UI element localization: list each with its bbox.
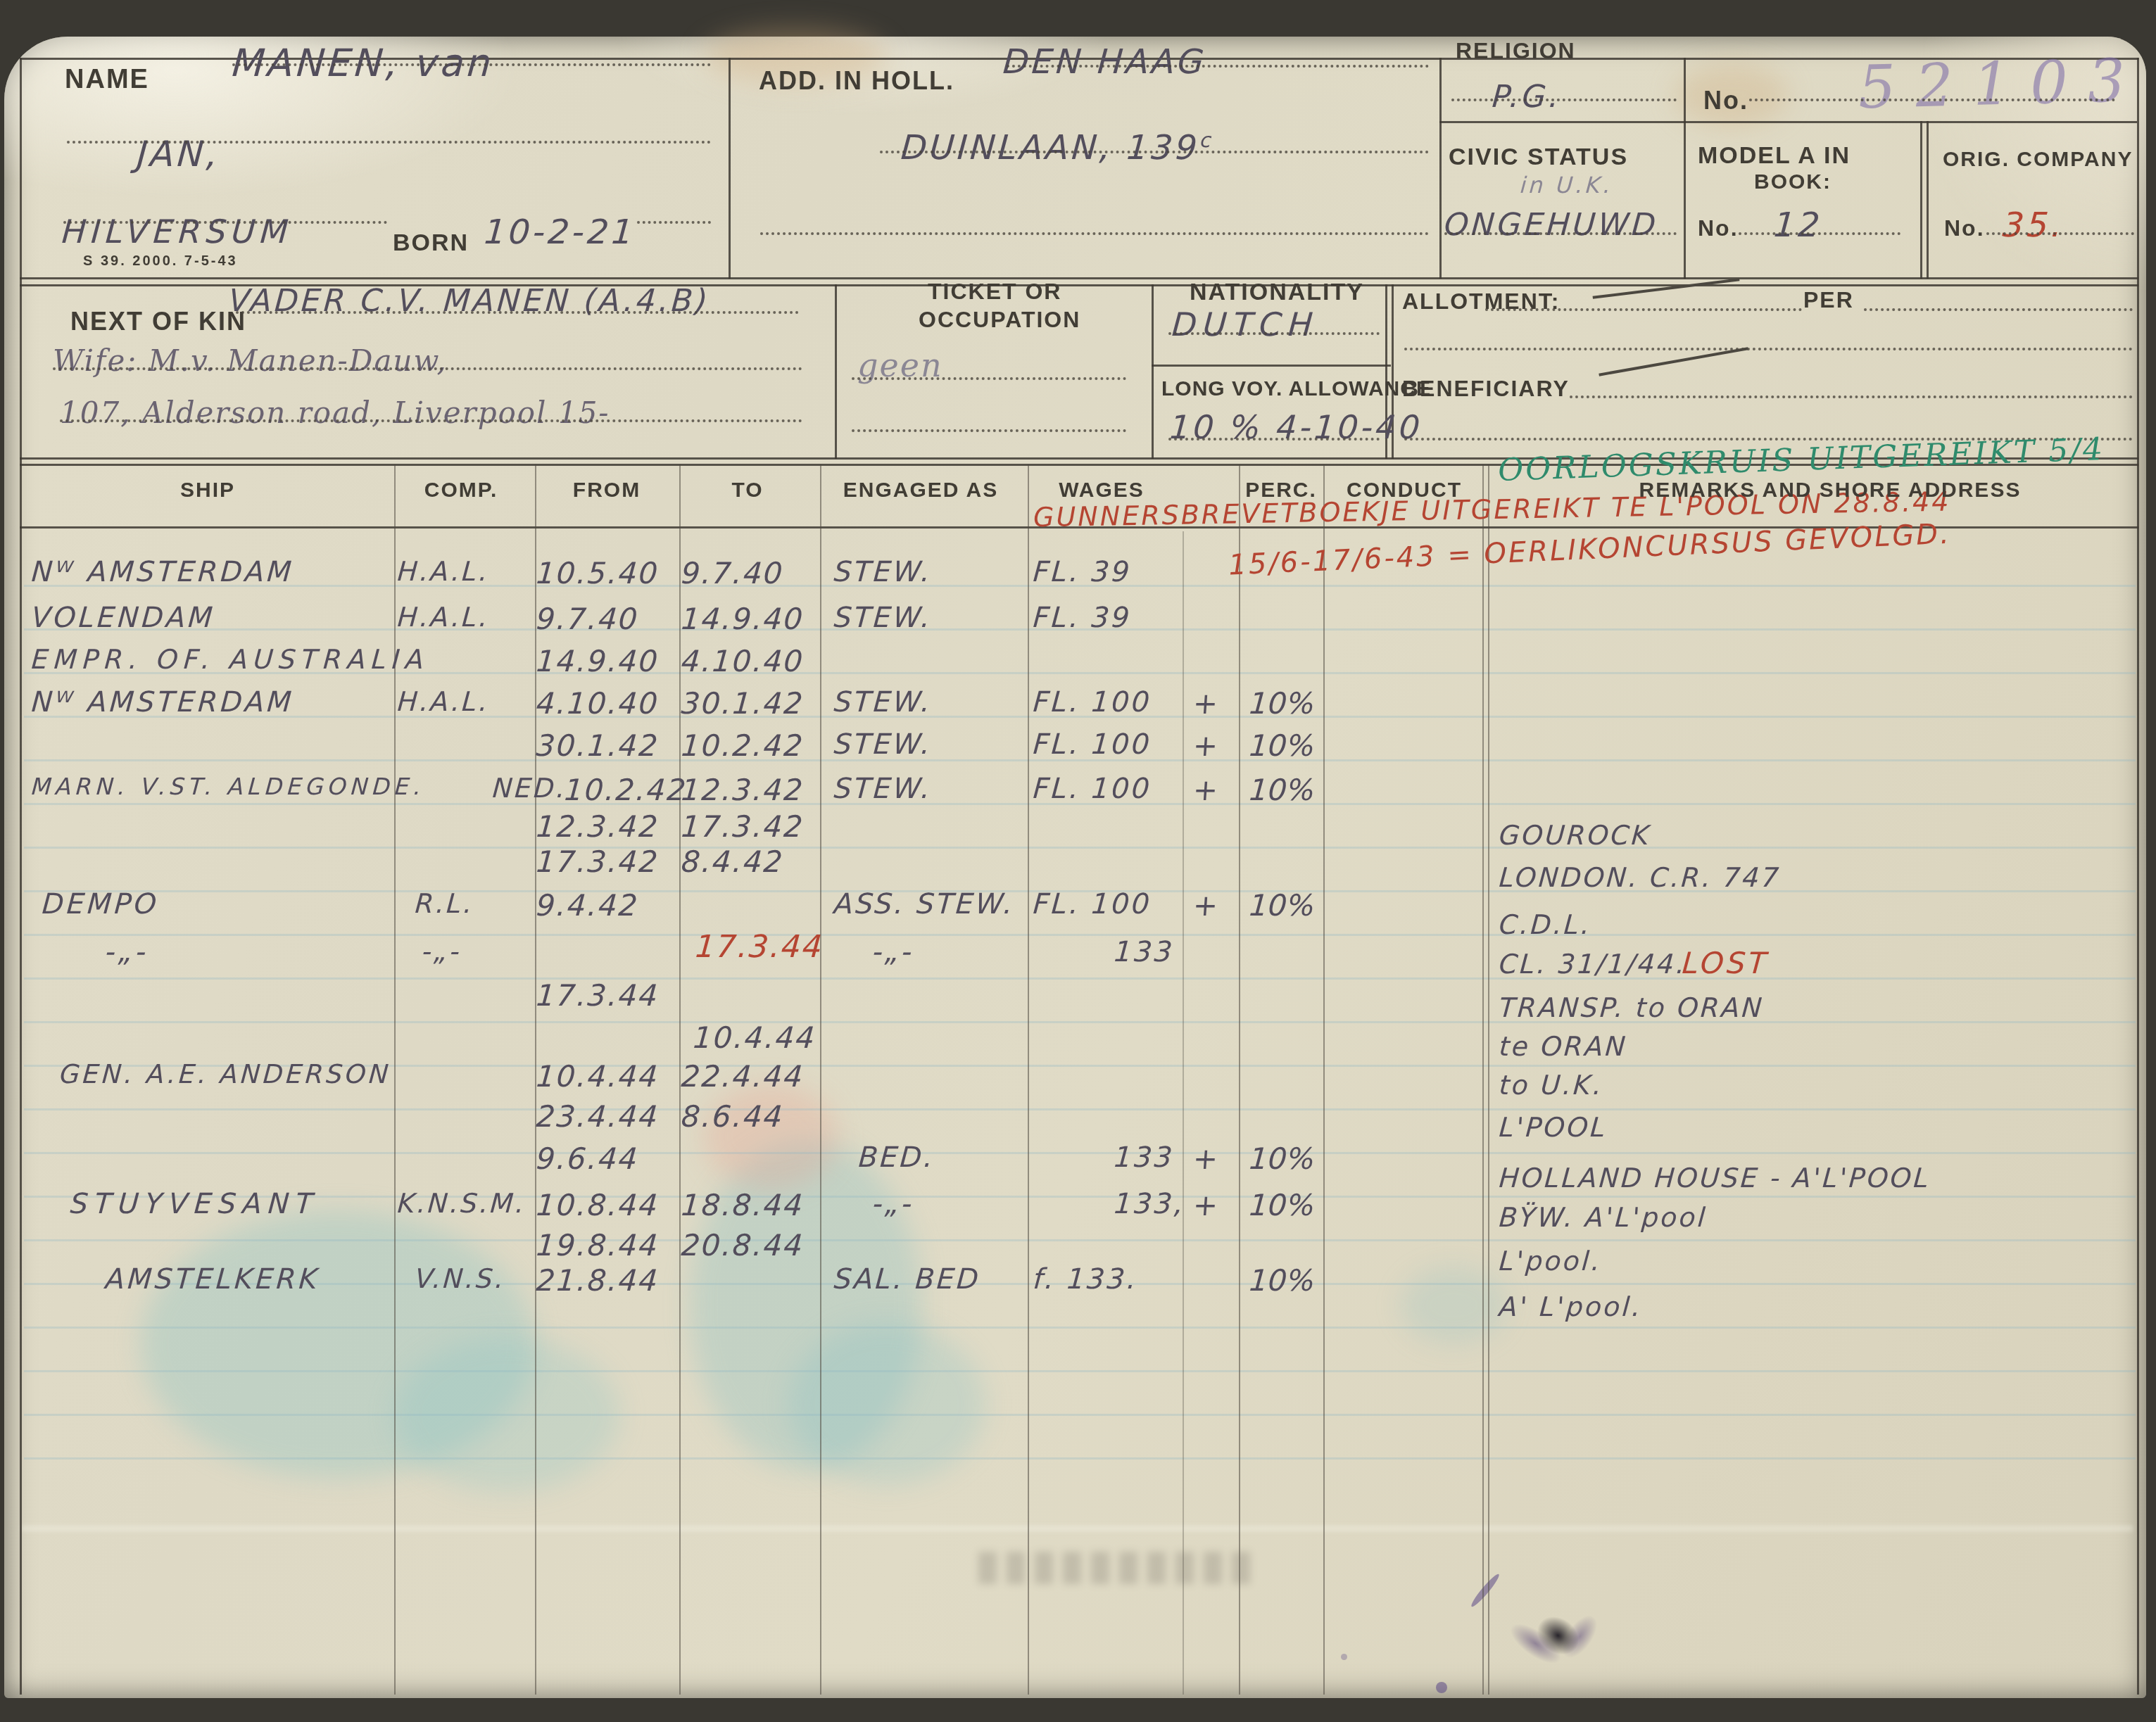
dotted-line <box>880 151 1429 153</box>
divider <box>1920 121 1922 279</box>
birthplace-value: HILVERSUM <box>61 213 294 251</box>
cell-company: K.N.S.M. <box>396 1188 527 1219</box>
number-label: No. <box>1703 86 1748 115</box>
ink-dot <box>1436 1682 1447 1693</box>
cell-ship: STUYVESANT <box>69 1188 320 1220</box>
dotted-line <box>67 141 711 144</box>
number-stamp: 52103 <box>1858 46 2146 122</box>
form-code: S 39. 2000. 7-5-43 <box>83 253 238 270</box>
divider <box>1439 58 1442 279</box>
cell-to-date: 10.4.44 <box>692 1020 817 1055</box>
column-header-wages: WAGES <box>1059 479 1145 502</box>
table-column-line <box>1239 464 1240 1695</box>
column-header-comp-: COMP. <box>424 479 498 502</box>
cell-remarks: A' L'pool. <box>1498 1291 1643 1322</box>
model-book-no-label: No. <box>1698 215 1739 241</box>
dotted-line <box>1168 332 1380 335</box>
cell-engaged-as: STEW. <box>833 773 933 805</box>
religion-value: P.G. <box>1491 79 1563 115</box>
nationality-label: NATIONALITY <box>1190 279 1364 306</box>
cell-wages: FL. 39 <box>1032 556 1133 588</box>
cell-wages: 133 <box>1113 936 1175 968</box>
cell-to-date: 22.4.44 <box>680 1059 805 1094</box>
dotted-line <box>60 419 802 422</box>
paper-crease <box>21 1526 2133 1531</box>
column-header-from: FROM <box>573 479 641 502</box>
divider <box>1152 284 1154 459</box>
cell-ship: GEN. A.E. ANDERSON <box>58 1059 392 1089</box>
cell-to-date: 8.4.42 <box>680 844 785 879</box>
cell-remarks: to U.K. <box>1498 1070 1604 1101</box>
table-column-line <box>1482 464 1484 1695</box>
table-column-line <box>820 464 821 1695</box>
firstname-value: JAN, <box>136 134 222 175</box>
column-header-perc-: PERC. <box>1245 479 1317 502</box>
cell-percentage: 10% <box>1248 773 1316 807</box>
cell-from-date: 19.8.44 <box>535 1228 660 1262</box>
cell-engaged-as: -„- <box>871 1188 915 1220</box>
nationality-value: DUTCH <box>1171 305 1320 343</box>
ruled-lines <box>24 543 2136 1472</box>
model-book-label2: BOOK: <box>1754 170 1832 194</box>
cell-plus: + <box>1192 686 1219 721</box>
cell-wages: f. 133. <box>1032 1263 1139 1296</box>
ink-dot <box>1341 1654 1347 1660</box>
address-line2: DUINLAAN, 139c <box>900 128 1215 167</box>
cell-to-date: 8.6.44 <box>680 1099 785 1134</box>
orig-company-label: ORIG. COMPANY <box>1943 148 2133 172</box>
civic-status-value: ONGEHUWD <box>1443 207 1660 243</box>
address-label: ADD. IN HOLL. <box>759 66 954 96</box>
cell-to-date: 10.2.42 <box>680 728 805 763</box>
cell-company: H.A.L. <box>396 602 491 633</box>
cell-plus: + <box>1192 728 1219 763</box>
cell-from-date: 10.8.44 <box>535 1188 660 1222</box>
cell-from-date: 10.2.42 <box>563 773 688 807</box>
column-header-conduct: CONDUCT <box>1347 479 1462 502</box>
cell-to-date: 20.8.44 <box>680 1228 805 1262</box>
cell-engaged-as: STEW. <box>833 602 933 634</box>
cell-ship: AMSTELKERK <box>104 1263 321 1296</box>
cell-ship: Nᵂ AMSTERDAM <box>30 556 295 588</box>
ticket-label2: OCCUPATION <box>919 307 1080 333</box>
table-column-line <box>1323 464 1325 1695</box>
table-column-line <box>1488 464 1489 1695</box>
dotted-line <box>1444 232 1677 235</box>
dotted-line <box>1749 99 2115 101</box>
cell-from-date: 12.3.42 <box>535 809 660 844</box>
cell-to-date: 30.1.42 <box>680 686 805 721</box>
dotted-line <box>1168 438 1380 441</box>
cell-plus: + <box>1192 773 1219 807</box>
cell-plus: + <box>1192 888 1219 923</box>
divider <box>1927 121 1929 279</box>
border-left <box>20 58 22 1695</box>
address-line1: DEN HAAG <box>1002 42 1208 82</box>
column-header-to: TO <box>731 479 763 502</box>
dotted-line <box>1986 232 2134 235</box>
dotted-line <box>1404 348 2133 350</box>
born-value: 10-2-21 <box>483 213 637 252</box>
dotted-line <box>1739 232 1900 235</box>
cell-ship: Nᵂ AMSTERDAM <box>30 686 295 718</box>
cell-wages: 133 <box>1113 1141 1175 1174</box>
civic-status-pencil-note: in U.K. <box>1520 172 1615 198</box>
orig-company-no-label: No. <box>1944 215 1985 241</box>
cell-remarks: L'POOL <box>1498 1112 1608 1143</box>
cell-from-date: 17.3.44 <box>535 978 660 1013</box>
cell-wages: FL. 100 <box>1032 773 1152 805</box>
ink-bleed-through <box>978 1552 1260 1584</box>
cell-remarks: GOUROCK <box>1498 820 1652 851</box>
cell-percentage: 10% <box>1248 1141 1316 1176</box>
cell-wages: FL. 100 <box>1032 728 1152 761</box>
cell-percentage: 10% <box>1248 1188 1316 1222</box>
name-label: NAME <box>65 65 149 95</box>
border-right <box>2137 58 2139 1695</box>
cell-to-date: 14.9.40 <box>680 602 805 636</box>
column-header-remarks-and-shore-address: REMARKS AND SHORE ADDRESS <box>1639 479 2022 502</box>
cell-wages: FL. 100 <box>1032 686 1152 718</box>
divider <box>729 58 731 279</box>
column-header-ship: SHIP <box>180 479 235 502</box>
cell-from-date: 30.1.42 <box>535 728 660 763</box>
wife-line: Wife: M.v. Manen-Dauw, <box>53 343 448 378</box>
cell-to-date: 17.3.42 <box>680 809 805 844</box>
cell-to-date-red: 17.3.44 <box>694 929 825 965</box>
divider <box>1684 121 1686 279</box>
cell-wages: 133, <box>1113 1188 1186 1220</box>
cell-company: R.L. <box>414 888 475 919</box>
table-column-line <box>1028 464 1029 1695</box>
next-of-kin-label: NEXT OF KIN <box>70 307 246 336</box>
cell-percentage: 10% <box>1248 728 1316 763</box>
kin-address-line: 107, Alderson road, Liverpool 15- <box>60 395 610 430</box>
per-label: PER <box>1803 287 1854 313</box>
dotted-line <box>1007 65 1429 68</box>
orig-company-value: 35. <box>2001 205 2066 245</box>
seaman-record-card-scan: NAME MANEN, van JAN, HILVERSUM BORN 10-2… <box>0 0 2156 1722</box>
cell-company: H.A.L. <box>396 556 491 587</box>
model-book-label: MODEL A IN <box>1698 142 1851 170</box>
cell-remarks: CL. 31/1/44. <box>1498 949 1688 980</box>
cell-from-date: 9.4.42 <box>535 888 640 923</box>
cell-engaged-as: STEW. <box>833 728 933 761</box>
dotted-line <box>63 221 387 224</box>
cell-to-date: 4.10.40 <box>680 644 805 678</box>
cell-ship: -„- <box>104 936 150 968</box>
dotted-line <box>1570 395 2133 398</box>
cell-company: V.N.S. <box>414 1263 506 1294</box>
column-header-engaged-as: ENGAGED AS <box>843 479 999 502</box>
divider <box>1439 121 2137 123</box>
cell-from-date: 10.4.44 <box>535 1059 660 1094</box>
cell-percentage: 10% <box>1248 686 1316 721</box>
dotted-line <box>1451 99 1677 101</box>
cell-company: NED. <box>491 773 568 804</box>
dotted-line <box>852 377 1126 380</box>
cell-engaged-as: STEW. <box>833 686 933 718</box>
cell-engaged-as: -„- <box>871 936 915 968</box>
cell-from-date: 21.8.44 <box>535 1263 660 1298</box>
cell-remarks: HOLLAND HOUSE - A'L'POOL <box>1498 1163 1931 1194</box>
cell-remarks: L'pool. <box>1498 1246 1603 1277</box>
cell-engaged-as: ASS. STEW. <box>833 888 1015 920</box>
dotted-line <box>852 429 1126 432</box>
born-label: BORN <box>393 229 469 257</box>
model-book-value: 12 <box>1772 205 1824 245</box>
cell-remarks: BŸW. A'L'pool <box>1498 1202 1708 1233</box>
civic-status-label: CIVIC STATUS <box>1449 144 1628 171</box>
cell-ship: DEMPO <box>41 888 160 920</box>
beneficiary-label: BENEFICIARY <box>1402 376 1570 402</box>
cell-from-date: 9.6.44 <box>535 1141 640 1176</box>
cell-wages: FL. 39 <box>1032 602 1133 634</box>
cell-from-date: 4.10.40 <box>535 686 660 721</box>
cell-company: -„- <box>421 936 462 967</box>
dotted-line <box>236 311 799 314</box>
cell-remarks: te ORAN <box>1498 1031 1628 1062</box>
cell-engaged-as: STEW. <box>833 556 933 588</box>
dotted-line <box>1864 308 2133 311</box>
cell-from-date: 10.5.40 <box>535 556 660 590</box>
cell-engaged-as: BED. <box>857 1141 935 1174</box>
divider <box>835 284 837 459</box>
cell-remarks: TRANSP. to ORAN <box>1498 992 1765 1023</box>
allowance-label: LONG VOY. ALLOWANCE <box>1161 377 1431 401</box>
cell-from-date: 23.4.44 <box>535 1099 660 1134</box>
cell-wages: FL. 100 <box>1032 888 1152 920</box>
cell-to-date: 9.7.40 <box>680 556 785 590</box>
cell-plus: + <box>1192 1188 1219 1222</box>
divider <box>1152 365 1391 367</box>
cell-ship: MARN. V.ST. ALDEGONDE. <box>31 773 427 800</box>
cell-from-date: 14.9.40 <box>535 644 660 678</box>
cell-ship: VOLENDAM <box>30 602 216 634</box>
divider <box>1684 58 1686 121</box>
cell-remarks: LONDON. C.R. 747 <box>1498 862 1782 893</box>
cell-ship: EMPR. OF. AUSTRALIA <box>30 644 430 675</box>
dotted-line <box>760 232 1429 235</box>
dotted-line <box>1485 308 1802 311</box>
cell-engaged-as: SAL. BED <box>833 1263 981 1296</box>
cell-from-date: 17.3.42 <box>535 844 660 879</box>
cell-percentage: 10% <box>1248 888 1316 923</box>
cell-to-date: 12.3.42 <box>680 773 805 807</box>
ticket-label1: TICKET OR <box>928 279 1061 305</box>
table-subcolumn-line <box>1183 531 1184 1695</box>
cell-percentage: 10% <box>1248 1263 1316 1298</box>
dotted-line <box>232 63 711 66</box>
cell-plus: + <box>1192 1141 1219 1176</box>
divider <box>20 277 2138 279</box>
cell-to-date: 18.8.44 <box>680 1188 805 1222</box>
dotted-line <box>637 221 711 224</box>
cell-company: H.A.L. <box>396 686 491 717</box>
religion-label: RELIGION <box>1456 38 1576 64</box>
cell-remarks-red: LOST <box>1681 946 1770 980</box>
cell-from-date: 9.7.40 <box>535 602 640 636</box>
cell-remarks: C.D.L. <box>1498 909 1592 940</box>
dotted-line <box>53 367 802 370</box>
